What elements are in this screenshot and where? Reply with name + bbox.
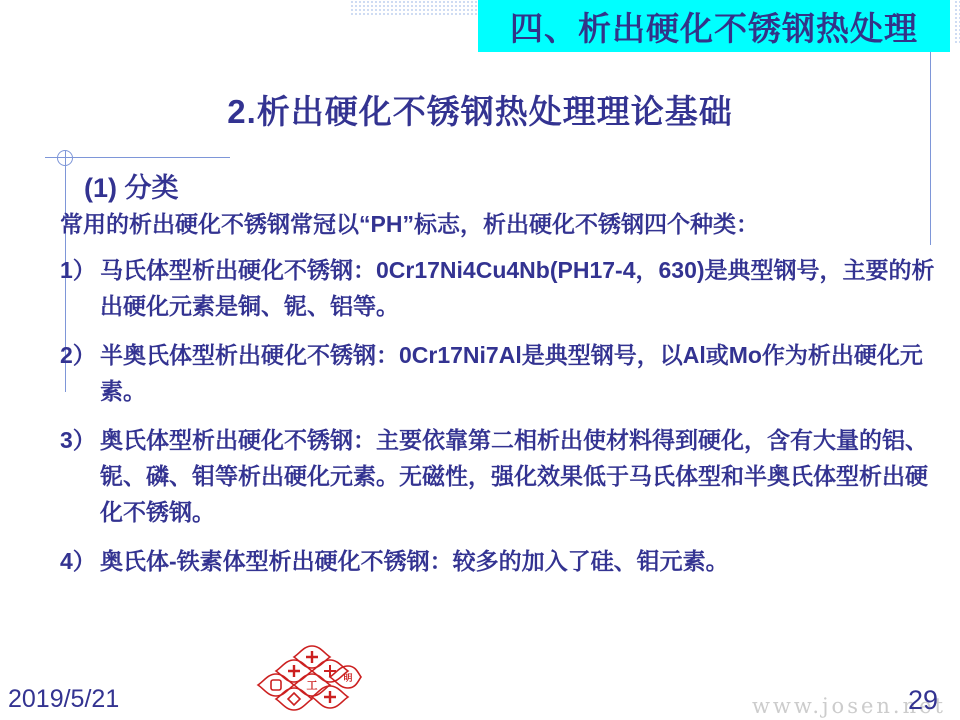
slide-date: 2019/5/21 [8,685,119,714]
page-number: 29 [908,685,938,716]
list-item: 2） 半奥氏体型析出硬化不锈钢：0Cr17Ni7Al是典型钢号，以Al或Mo作为… [60,337,944,409]
list-item-number: 3） [60,422,100,458]
decorative-circle-mark [57,150,73,166]
list-item-number: 1） [60,252,100,288]
logo-glyph-gong: 工 [307,679,318,692]
list-item: 1） 马氏体型析出硬化不锈钢：0Cr17Ni4Cu4Nb(PH17-4，630)… [60,252,944,324]
presentation-slide: 四、析出硬化不锈钢热处理 2.析出硬化不锈钢热处理理论基础 (1) 分类 常用的… [0,0,960,720]
dotted-texture-strip-top [350,0,478,16]
list-item-text: 半奥氏体型析出硬化不锈钢：0Cr17Ni7Al是典型钢号，以Al或Mo作为析出硬… [100,337,944,409]
red-emblem-logo-icon: 工 明 [256,645,362,719]
intro-paragraph: 常用的析出硬化不锈钢常冠以“PH”标志，析出硬化不锈钢四个种类： [60,206,944,242]
dotted-texture-strip-right [954,0,960,45]
list-item-text: 奥氏体-铁素体型析出硬化不锈钢：较多的加入了硅、钼元素。 [100,543,944,579]
list-item-text: 马氏体型析出硬化不锈钢：0Cr17Ni4Cu4Nb(PH17-4，630)是典型… [100,252,944,324]
list-item-number: 4） [60,543,100,579]
slide-title: 2.析出硬化不锈钢热处理理论基础 [0,86,960,133]
chapter-banner: 四、析出硬化不锈钢热处理 [478,0,950,52]
classification-list: 1） 马氏体型析出硬化不锈钢：0Cr17Ni4Cu4Nb(PH17-4，630)… [60,252,944,592]
logo-glyph-ming: 明 [343,672,352,683]
list-item-text: 奥氏体型析出硬化不锈钢：主要依靠第二相析出使材料得到硬化，含有大量的铝、铌、磷、… [100,422,944,530]
list-item-number: 2） [60,337,100,373]
list-item: 3） 奥氏体型析出硬化不锈钢：主要依靠第二相析出使材料得到硬化，含有大量的铝、铌… [60,422,944,530]
list-item: 4） 奥氏体-铁素体型析出硬化不锈钢：较多的加入了硅、钼元素。 [60,543,944,579]
chapter-banner-title: 四、析出硬化不锈钢热处理 [510,3,918,50]
section-heading: (1) 分类 [84,166,179,205]
